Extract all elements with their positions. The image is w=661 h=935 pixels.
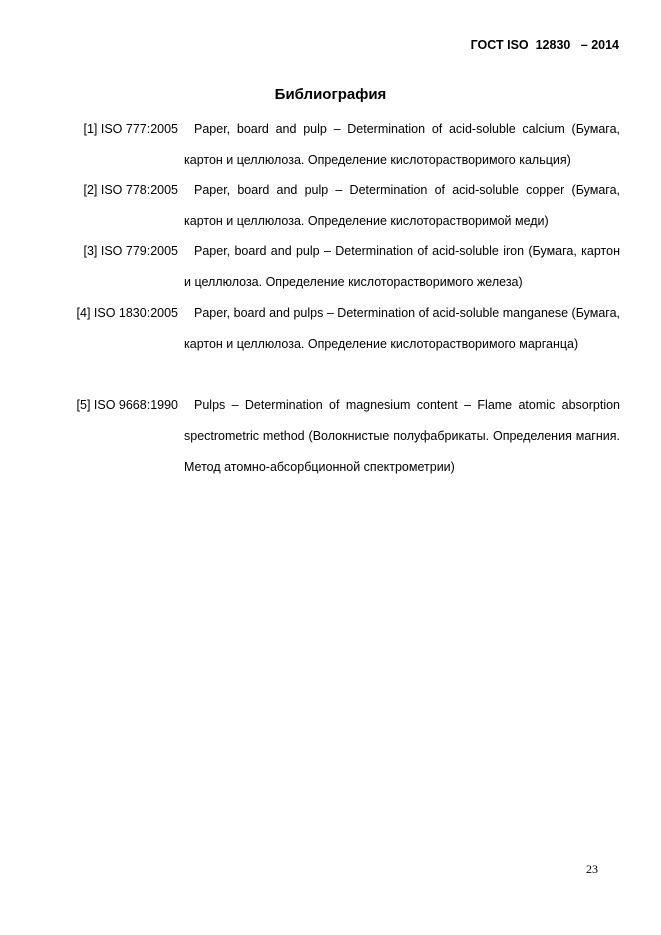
page-title: Библиография xyxy=(0,86,661,103)
reference-text: Paper, board and pulp – Determination of… xyxy=(184,236,620,298)
reference-text: Paper, board and pulps – Determination o… xyxy=(184,298,620,360)
reference-text: Paper, board and pulp – Determination of… xyxy=(184,175,620,237)
reference-code: [1] ISO 777:2005 xyxy=(58,114,178,145)
page-number: 23 xyxy=(586,862,598,877)
reference-text: Pulps – Determination of magnesium conte… xyxy=(184,390,620,483)
reference-code: [2] ISO 778:2005 xyxy=(58,175,178,206)
reference-code: [4] ISO 1830:2005 xyxy=(58,298,178,329)
reference-code: [3] ISO 779:2005 xyxy=(58,236,178,267)
reference-text: Paper, board and pulp – Determination of… xyxy=(184,114,620,176)
document-header: ГОСТ ISO 12830 – 2014 xyxy=(471,38,619,52)
reference-code: [5] ISO 9668:1990 xyxy=(58,390,178,421)
